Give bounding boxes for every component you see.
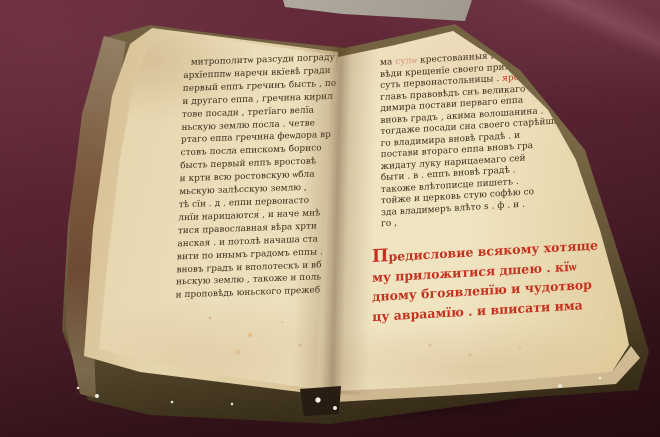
cover-damage-chips	[0, 0, 660, 437]
photo-scene: митрополитѡ разсуди пограду .архїепппѡ н…	[0, 0, 660, 437]
manuscript-book: митрополитѡ разсуди пограду .архїепппѡ н…	[0, 0, 660, 437]
